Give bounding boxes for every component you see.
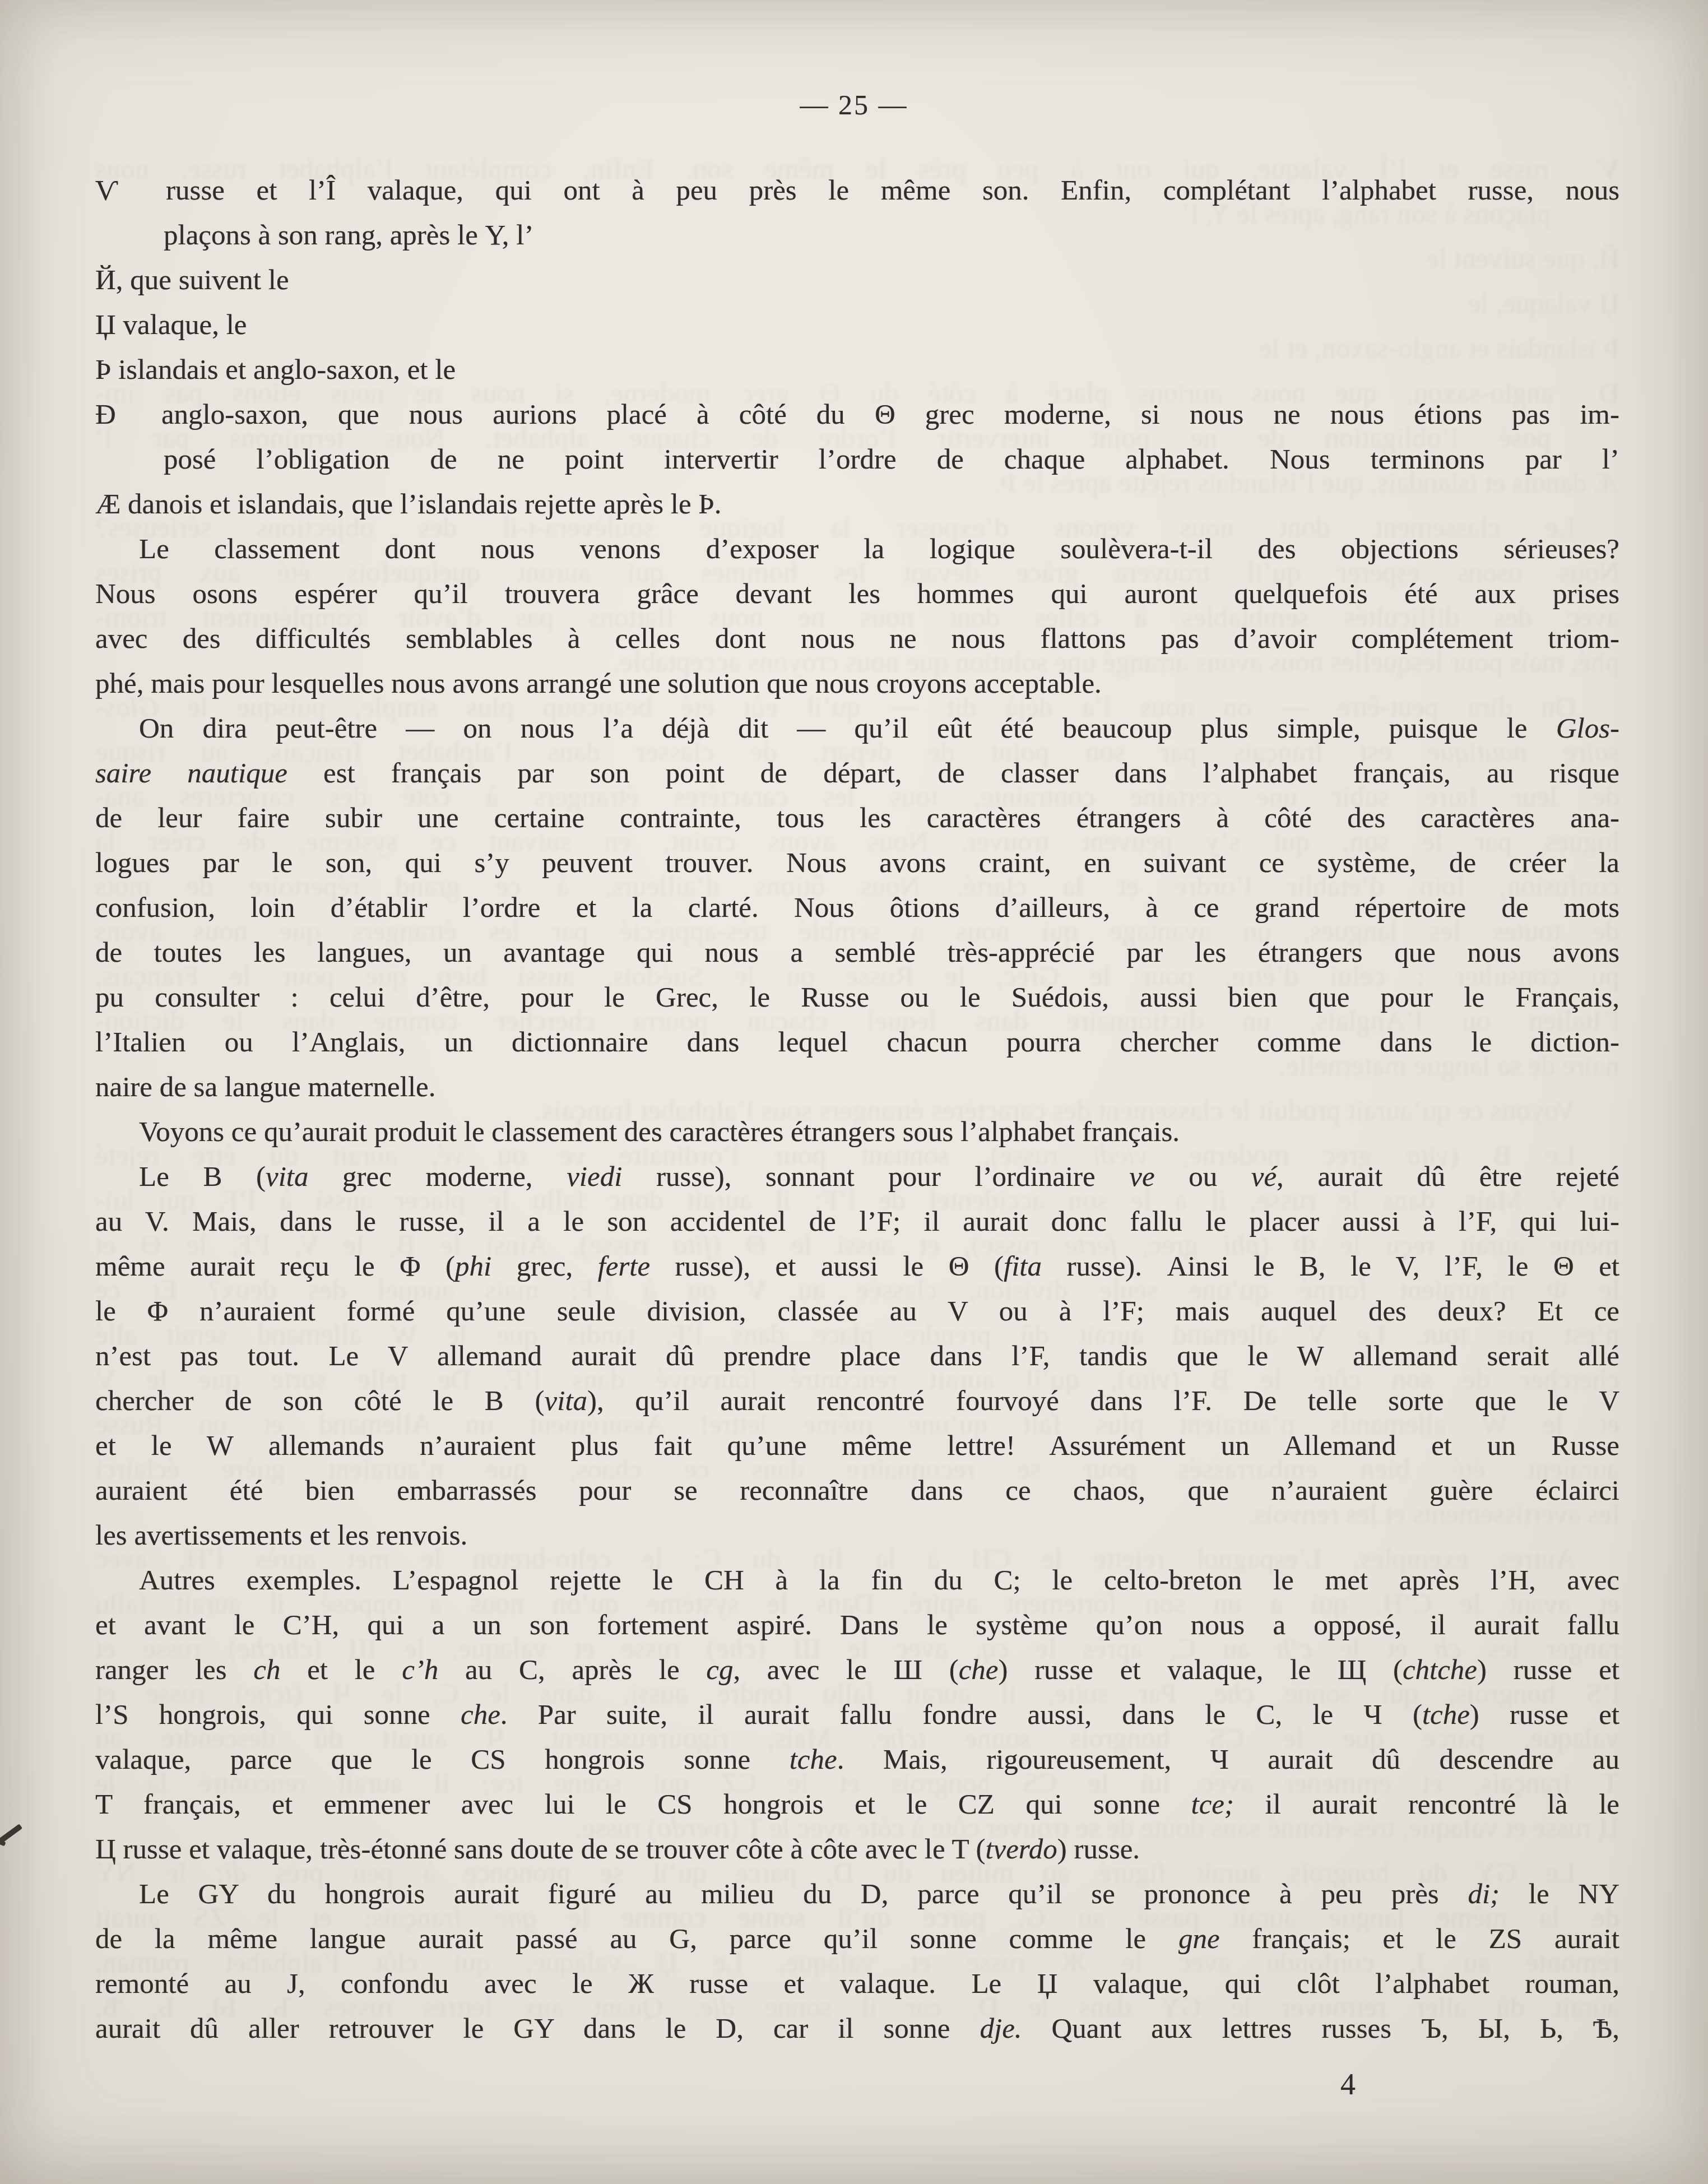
text-line: Þ islandais et anglo-saxon, et le	[95, 347, 1619, 392]
text-line: même aurait reçu le Φ (phi grec, ferte r…	[95, 1244, 1619, 1289]
text-segment: Nous osons espérer qu’il trouvera grâce …	[95, 578, 1619, 610]
page-number: — 25 —	[0, 89, 1708, 121]
text-line: pu consulter : celui d’être, pour le Gre…	[95, 975, 1619, 1020]
text-segment: Voyons ce qu’aurait produit le classemen…	[139, 1116, 1180, 1148]
text-segment: russe), et aussi le Θ (	[650, 1251, 1004, 1282]
text-segment: ranger les	[95, 1654, 253, 1686]
text-segment: même aurait reçu le Φ (	[95, 1251, 455, 1282]
text-segment: auraient été bien embarrassés pour se re…	[95, 1475, 1619, 1506]
text-segment: Quant aux lettres russes Ъ, Ы, Ь, Ѣ,	[1022, 2013, 1619, 2044]
text-segment: c’h	[402, 1654, 438, 1686]
text-segment: phi	[455, 1251, 491, 1282]
text-segment: che	[461, 1699, 500, 1731]
text-line: l’Italien ou l’Anglais, un dictionnaire …	[95, 1020, 1619, 1065]
text-segment: tverdo	[985, 1834, 1057, 1865]
text-segment: français; et le ZS aurait	[1220, 1923, 1619, 1955]
text-segment: . Par suite, il aurait fallu fondre auss…	[500, 1699, 1422, 1731]
text-segment: tce;	[1191, 1789, 1234, 1820]
text-segment: Æ danois et islandais, que l’islandais r…	[95, 489, 721, 520]
text-line: avec des difficultés semblables à celles…	[95, 616, 1619, 661]
scan-artifact-mark	[0, 1824, 22, 1844]
text-line: Le B (vita grec moderne, viedi russe), s…	[95, 1154, 1619, 1199]
text-line: valaque, parce que le CS hongrois sonne …	[95, 1737, 1619, 1782]
text-segment: chercher de son côté le B (	[95, 1385, 545, 1417]
text-segment: ), qu’il aurait rencontré fourvoyé dans …	[587, 1385, 1619, 1417]
hanging-letter: Ѵ	[95, 175, 119, 206]
text-segment: et avant le C’H, qui a un son fortement …	[95, 1610, 1619, 1641]
text-segment: ch	[253, 1654, 280, 1686]
text-segment: ) russe et	[1470, 1699, 1619, 1731]
text-segment: russe). Ainsi le B, le V, l’F, le Θ et	[1042, 1251, 1619, 1282]
text-segment: est français par son point de départ, de…	[287, 758, 1619, 789]
text-line: chercher de son côté le B (vita), qu’il …	[95, 1379, 1619, 1423]
text-line: auraient été bien embarrassés pour se re…	[95, 1468, 1619, 1513]
text-segment: grec,	[491, 1251, 597, 1282]
text-segment: aurait dû aller retrouver le GY dans le …	[95, 2013, 980, 2044]
text-line: plaçons à son rang, après le Υ, l’	[95, 213, 1619, 258]
text-segment: Glos-	[1556, 713, 1619, 744]
text-line: logues par le son, qui s’y peuvent trouv…	[95, 841, 1619, 885]
text-segment: T français, et emmener avec lui le CS ho…	[95, 1789, 1191, 1820]
text-line: Џ valaque, le	[95, 303, 1619, 347]
text-segment: phé, mais pour lesquelles nous avons arr…	[95, 668, 1102, 699]
text-segment: anglo-saxon, que nous aurions placé à cô…	[132, 399, 1619, 430]
text-segment: et le	[280, 1654, 402, 1686]
text-segment: saire nautique	[95, 758, 287, 789]
text-line: Ð anglo-saxon, que nous aurions placé à …	[95, 392, 1619, 437]
text-segment: de la même langue aurait passé au G, par…	[95, 1923, 1178, 1955]
text-segment: chtche	[1403, 1654, 1477, 1686]
text-segment: il aurait rencontré là le	[1234, 1789, 1619, 1820]
scanned-page: Ѵ russe et l’Î valaque, qui ont à peu pr…	[0, 0, 1708, 2184]
text-line: saire nautique est français par son poin…	[95, 751, 1619, 796]
text-line: de la même langue aurait passé au G, par…	[95, 1917, 1619, 1962]
text-segment: n’est pas tout. Le V allemand aurait dû …	[95, 1341, 1619, 1372]
text-line: ranger les ch et le c’h au C, après le c…	[95, 1648, 1619, 1693]
text-segment: russe et l’Î valaque, qui ont à peu près…	[134, 175, 1620, 206]
text-segment: ) russe et valaque, le Щ (	[998, 1654, 1402, 1686]
text-segment: de toutes les langues, un avantage qui n…	[95, 937, 1619, 968]
text-segment: posé l’obligation de ne point interverti…	[164, 444, 1619, 475]
text-segment: pu consulter : celui d’être, pour le Gre…	[95, 982, 1619, 1013]
text-segment: , aurait dû être rejeté	[1277, 1161, 1619, 1193]
text-segment: , avec le Ш (	[733, 1654, 958, 1686]
text-segment: tche	[1422, 1699, 1470, 1731]
text-line: On dira peut-être — on nous l’a déjà dit…	[95, 706, 1619, 751]
text-segment: le Φ n’auraient formé qu’une seule divis…	[95, 1296, 1619, 1327]
text-segment: logues par le son, qui s’y peuvent trouv…	[95, 847, 1619, 879]
text-line: Le GY du hongrois aurait figuré au milie…	[95, 1872, 1619, 1917]
text-line: Autres exemples. L’espagnol rejette le C…	[95, 1558, 1619, 1603]
text-line: au V. Mais, dans le russe, il a le son a…	[95, 1199, 1619, 1244]
text-segment: Autres exemples. L’espagnol rejette le C…	[139, 1565, 1619, 1596]
text-line: le Φ n’auraient formé qu’une seule divis…	[95, 1289, 1619, 1334]
text-line: Nous osons espérer qu’il trouvera grâce …	[95, 572, 1619, 616]
text-segment: dje.	[980, 2013, 1022, 2044]
text-line: confusion, loin d’établir l’ordre et la …	[95, 885, 1619, 930]
text-segment: ferte	[598, 1251, 650, 1282]
text-line: Voyons ce qu’aurait produit le classemen…	[95, 1110, 1619, 1154]
text-segment: di;	[1468, 1879, 1500, 1910]
text-segment: l’S hongrois, qui sonne	[95, 1699, 461, 1731]
text-line: aurait dû aller retrouver le GY dans le …	[95, 2006, 1619, 2051]
text-line: posé l’obligation de ne point interverti…	[95, 437, 1619, 482]
text-line: Ѵ russe et l’Î valaque, qui ont à peu pr…	[95, 168, 1619, 213]
text-segment: tche	[790, 1744, 837, 1775]
page-body-text: Ѵ russe et l’Î valaque, qui ont à peu pr…	[95, 168, 1619, 2051]
text-segment: Le GY du hongrois aurait figuré au milie…	[139, 1879, 1468, 1910]
text-segment: che	[959, 1654, 999, 1686]
text-segment: et le W allemands n’auraient plus fait q…	[95, 1430, 1619, 1462]
text-segment: le NY	[1500, 1879, 1619, 1910]
text-segment: valaque, parce que le CS hongrois sonne	[95, 1744, 790, 1775]
text-segment: Le B (	[139, 1161, 266, 1193]
text-segment: Й, que suivent le	[95, 265, 289, 296]
text-line: Æ danois et islandais, que l’islandais r…	[95, 482, 1619, 527]
text-segment: gne	[1178, 1923, 1220, 1955]
text-line: l’S hongrois, qui sonne che. Par suite, …	[95, 1693, 1619, 1737]
text-segment: Le classement dont nous venons d’exposer…	[139, 534, 1619, 565]
text-line: et avant le C’H, qui a un son fortement …	[95, 1603, 1619, 1648]
text-line: Le classement dont nous venons d’exposer…	[95, 527, 1619, 572]
text-segment: l’Italien ou l’Anglais, un dictionnaire …	[95, 1027, 1619, 1058]
text-segment: de leur faire subir une certaine contrai…	[95, 803, 1619, 834]
text-segment: ve	[1129, 1161, 1154, 1193]
text-line: phé, mais pour lesquelles nous avons arr…	[95, 661, 1619, 706]
text-segment: vé	[1251, 1161, 1277, 1193]
text-segment: ) russe et	[1477, 1654, 1619, 1686]
text-line: T français, et emmener avec lui le CS ho…	[95, 1782, 1619, 1827]
text-segment: fita	[1004, 1251, 1042, 1282]
text-segment: grec moderne,	[308, 1161, 567, 1193]
text-line: Й, que suivent le	[95, 258, 1619, 303]
text-segment: Þ islandais et anglo-saxon, et le	[95, 354, 456, 386]
text-line: les avertissements et les renvois.	[95, 1513, 1619, 1558]
text-segment: confusion, loin d’établir l’ordre et la …	[95, 892, 1619, 924]
signature-mark: 4	[1340, 2067, 1356, 2102]
text-line: Ц russe et valaque, très-étonné sans dou…	[95, 1827, 1619, 1872]
text-line: n’est pas tout. Le V allemand aurait dû …	[95, 1334, 1619, 1379]
text-segment: ou	[1155, 1161, 1251, 1193]
text-segment: les avertissements et les renvois.	[95, 1520, 467, 1551]
text-segment: vita	[545, 1385, 587, 1417]
text-segment: russe), sonnant pour l’ordinaire	[622, 1161, 1129, 1193]
text-line: de toutes les langues, un avantage qui n…	[95, 930, 1619, 975]
text-segment: Џ valaque, le	[95, 309, 247, 341]
text-segment: . Mais, rigoureusement, Ч aurait dû desc…	[837, 1744, 1619, 1775]
text-segment: ) russe.	[1057, 1834, 1140, 1865]
text-line: de leur faire subir une certaine contrai…	[95, 796, 1619, 841]
text-segment: au V. Mais, dans le russe, il a le son a…	[95, 1206, 1619, 1237]
text-segment: cg	[706, 1654, 733, 1686]
text-line: naire de sa langue maternelle.	[95, 1065, 1619, 1110]
text-segment: On dira peut-être — on nous l’a déjà dit…	[139, 713, 1556, 744]
text-segment: Ц russe et valaque, très-étonné sans dou…	[95, 1834, 985, 1865]
hanging-letter: Ð	[95, 399, 116, 430]
text-segment: vita	[266, 1161, 308, 1193]
text-segment: naire de sa langue maternelle.	[95, 1072, 435, 1103]
text-line: et le W allemands n’auraient plus fait q…	[95, 1423, 1619, 1468]
text-segment: au C, après le	[438, 1654, 706, 1686]
text-segment: viedi	[567, 1161, 622, 1193]
text-segment: avec des difficultés semblables à celles…	[95, 623, 1619, 655]
text-line: remonté au J, confondu avec le Ж russe e…	[95, 1962, 1619, 2006]
text-segment: plaçons à son rang, après le Υ, l’	[164, 220, 534, 251]
text-segment: remonté au J, confondu avec le Ж russe e…	[95, 1968, 1619, 2000]
